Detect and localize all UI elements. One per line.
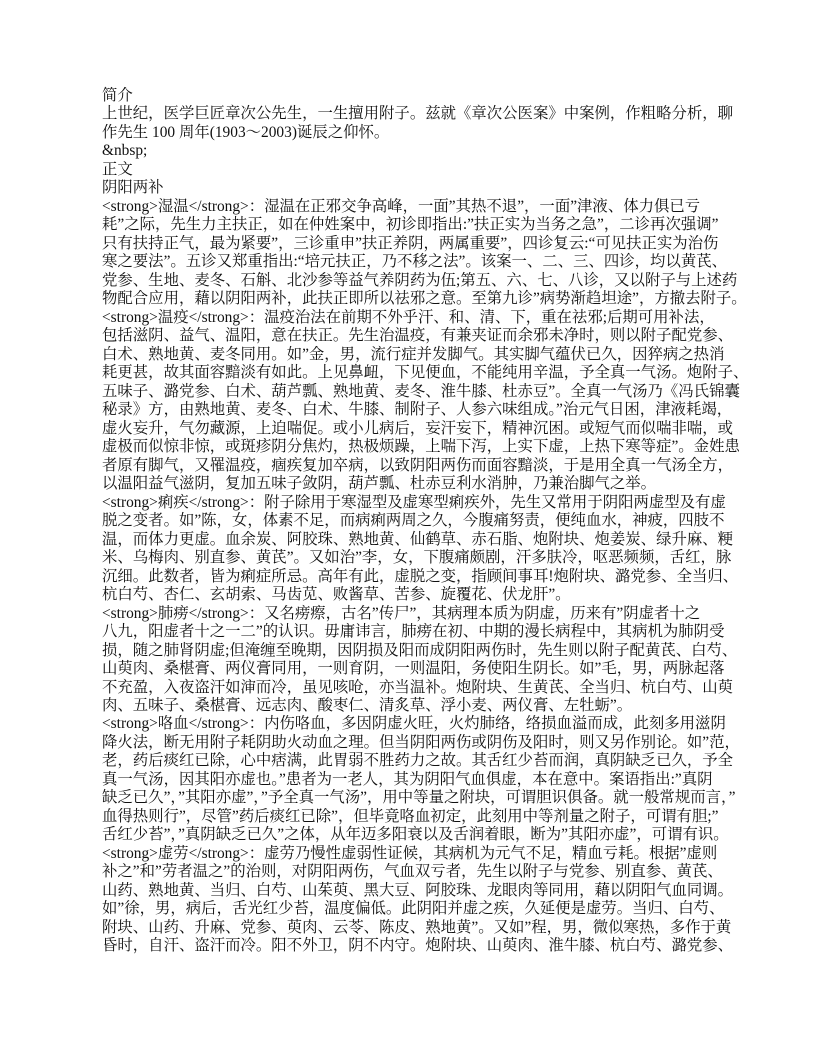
text-line: 损，随之肺肾阴虚;但淹缠至晚期，因阴损及阳而成阴阳两伤时，先生则以附子配黄芪、白… <box>102 642 762 660</box>
text-line: 秘录》方，由熟地黄、麦冬、白术、牛膝、制附子、人参六味组成。”治元气日困，津液耗… <box>102 401 762 419</box>
text-line: 耗”之际，先生力主扶正，如在仲姓案中，初诊即指出:”扶正实为当务之急”，二诊再次… <box>102 216 762 234</box>
text-line: <strong>温疫</strong>：温疫治法在前期不外乎汗、和、清、下，重在… <box>102 309 762 327</box>
text-line: 山药、熟地黄、当归、白芍、山茱萸、黑大豆、阿胶珠、龙眼肉等同用，藉以阴阳气血同调… <box>102 882 762 900</box>
document-page: 简介上世纪，医学巨匠章次公先生，一生擅用附子。兹就《章次公医案》中案例，作粗略分… <box>0 0 816 1056</box>
text-line: 米、乌梅肉、别直参、黄芪”。又如治”李，女，下腹痛颇剧，汗多肤冷，呕恶频频，舌红… <box>102 549 762 567</box>
text-line: 简介 <box>102 87 762 105</box>
text-line: 昏时，自汗、盗汗而冷。阳不外卫，阴不内守。炮附块、山萸肉、淮牛膝、杭白芍、潞党参… <box>102 937 762 955</box>
text-line: &nbsp; <box>102 142 762 160</box>
section-paragraph-kaxie: <strong>咯血</strong>：内伤咯血，多因阴虚火旺，火灼肺络，络损血… <box>102 715 762 844</box>
text-line: 老，药后痰红已除，心中痞满，此胃弱不胜药力之故。其舌红少苔而润，真阴缺乏已久，予… <box>102 752 762 770</box>
text-line: 缺乏已久”，”其阳亦虚”，”予全真一气汤”，用中等量之附块，可谓胆识俱备。就一般… <box>102 789 762 807</box>
text-line: 正文 <box>102 161 762 179</box>
text-line: 真一气汤，因其阳亦虚也。”患者为一老人，其为阴阳气血俱虚，本在意中。案语指出:”… <box>102 771 762 789</box>
text-line: 补之”和”劳者温之”的治则，对阴阳两伤，气血双亏者，先生以附子与党参、别直参、黄… <box>102 863 762 881</box>
text-line: <strong>咯血</strong>：内伤咯血，多因阴虚火旺，火灼肺络，络损血… <box>102 715 762 733</box>
section-intro-heading: 简介 <box>102 87 762 105</box>
section-body-heading: 正文 <box>102 161 762 179</box>
text-line: 耗更甚，故其面容黯淡有如此。上见鼻衄，下见便血，不能纯用辛温，予全真一气汤。炮附… <box>102 364 762 382</box>
text-line: <strong>虚劳</strong>：虚劳乃慢性虚弱性证候，其病机为元气不足，… <box>102 845 762 863</box>
text-line: 虚极而似惊非惊，或斑疹阴分焦灼，热极烦躁，上喘下泻，上实下虚，上热下寒等症”。金… <box>102 438 762 456</box>
text-line: 八九，阳虚者十之一二”的认识。毋庸讳言，肺痨在初、中期的漫长病程中，其病机为肺阴… <box>102 623 762 641</box>
text-line: 肉、五味子、桑椹膏、远志肉、酸枣仁、清炙草、浮小麦、两仪膏、左牡蛎”。 <box>102 697 762 715</box>
text-line: 白术、熟地黄、麦冬同用。如”金，男，流行症并发脚气。其实脚气蕴伏已久，因猝病之热… <box>102 346 762 364</box>
text-line: 附块、山药、升麻、党参、萸肉、云苓、陈皮、熟地黄”。又如”程，男，微似寒热，多作… <box>102 919 762 937</box>
section-paragraph-feilao: <strong>肺痨</strong>：又名痨瘵，古名”传尸”，其病理本质为阴虚… <box>102 605 762 716</box>
text-line: 沉细。此数者，皆为痢症所忌。高年有此，虚脱之变，指顾间事耳!炮附块、潞党参、全当… <box>102 568 762 586</box>
text-line: 以温阳益气滋阴，复加五味子敛阴，葫芦瓢、杜赤豆利水消肿，乃兼治脚气之举。 <box>102 475 762 493</box>
section-paragraph-xulao: <strong>虚劳</strong>：虚劳乃慢性虚弱性证候，其病机为元气不足，… <box>102 845 762 956</box>
section-intro-paragraph: 上世纪，医学巨匠章次公先生，一生擅用附子。兹就《章次公医案》中案例，作粗略分析，… <box>102 105 762 142</box>
text-line: 舌红少苔”，”真阴缺乏已久”之体，从年迈多阳衰以及舌润着眼，断为”其阳亦虚”，可… <box>102 826 762 844</box>
text-line: 党参、生地、麦冬、石斛、北沙参等益气养阴药为伍;第五、六、七、八诊，又以附子与上… <box>102 272 762 290</box>
text-line: 上世纪，医学巨匠章次公先生，一生擅用附子。兹就《章次公医案》中案例，作粗略分析，… <box>102 105 762 123</box>
section-html-entity-line: &nbsp; <box>102 142 762 160</box>
section-paragraph-liji: <strong>痢疾</strong>：附子除用于寒湿型及虚寒型痢疾外，先生又常… <box>102 494 762 605</box>
text-line: 脱之变者。如”陈，女，体素不足，而病痢两周之久，今腹痛努责，便纯血水，神疲，四肢… <box>102 512 762 530</box>
text-line: 物配合应用，藉以阴阳两补，此扶正即所以祛邪之意。至第九诊”病势渐趋坦途”，方撤去… <box>102 290 762 308</box>
text-block: 简介上世纪，医学巨匠章次公先生，一生擅用附子。兹就《章次公医案》中案例，作粗略分… <box>102 87 762 956</box>
text-line: 不充盈，入夜盗汗如渖而冷，虽见咳呛，亦当温补。炮附块、生黄芪、全当归、杭白芍、山… <box>102 679 762 697</box>
text-line: <strong>痢疾</strong>：附子除用于寒湿型及虚寒型痢疾外，先生又常… <box>102 494 762 512</box>
text-line: 五味子、潞党参、白术、葫芦瓢、熟地黄、麦冬、淮牛膝、杜赤豆”。全真一气汤乃《冯氏… <box>102 383 762 401</box>
text-line: 山萸肉、桑椹膏、两仪膏同用，一则育阴，一则温阳，务使阳生阴长。如”毛，男，两脉起… <box>102 660 762 678</box>
text-line: 作先生 100 周年(1903～2003)诞辰之仰怀。 <box>102 124 762 142</box>
section-paragraph-shiwen: <strong>湿温</strong>：湿温在正邪交争高峰，一面”其热不退”，一… <box>102 198 762 309</box>
section-paragraph-wenyi: <strong>温疫</strong>：温疫治法在前期不外乎汗、和、清、下，重在… <box>102 309 762 494</box>
text-line: 寒之要法”。五诊又郑重指出:“培元扶正，乃不移之法”。该案一、二、三、四诊，均以… <box>102 253 762 271</box>
text-line: 血得热则行”，尽管”药后痰红已除”，但毕竟咯血初定，此刻用中等剂量之附子，可谓有… <box>102 808 762 826</box>
text-line: 阴阳两补 <box>102 179 762 197</box>
text-line: <strong>肺痨</strong>：又名痨瘵，古名”传尸”，其病理本质为阴虚… <box>102 605 762 623</box>
text-line: 杭白芍、杏仁、玄胡索、马齿苋、败酱草、苦参、旋覆花、伏龙肝”。 <box>102 586 762 604</box>
section-subsection-heading: 阴阳两补 <box>102 179 762 197</box>
text-line: 包括滋阴、益气、温阳，意在扶正。先生治温疫，有兼夹证而余邪未净时，则以附子配党参… <box>102 327 762 345</box>
text-line: 者原有脚气，又罹温疫，痼疾复加卒病，以致阴阳两伤而面容黯淡，于是用全真一气汤全方… <box>102 457 762 475</box>
text-line: 虚火妄升，气勿藏源，上迫喘促。或小儿病后，妄汗妄下，精神沉困。或短气而似喘非喘，… <box>102 420 762 438</box>
text-line: 如”徐，男，病后，舌光红少苔，温度偏低。此阴阳并虚之疾，久延便是虚劳。当归、白芍… <box>102 900 762 918</box>
text-line: 温，而体力更虚。血余炭、阿胶珠、熟地黄、仙鹤草、赤石脂、炮附块、炮姜炭、绿升麻、… <box>102 531 762 549</box>
text-line: 只有扶持正气，最为紧要”，三诊重申”扶正养阴，两属重要”，四诊复云:“可见扶正实… <box>102 235 762 253</box>
text-line: 降火法，断无用附子耗阴助火动血之理。但当阴阳两伤或阴伤及阳时，则又另作别论。如”… <box>102 734 762 752</box>
text-line: <strong>湿温</strong>：湿温在正邪交争高峰，一面”其热不退”，一… <box>102 198 762 216</box>
